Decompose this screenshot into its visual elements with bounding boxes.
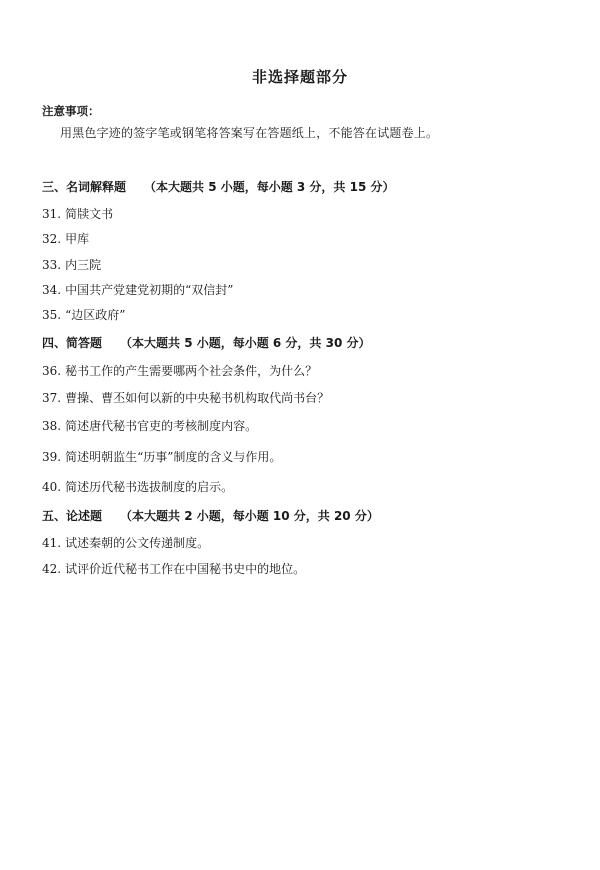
- section-heading-essay: 五、论述题（本大题共 2 小题，每小题 10 分，共 20 分）: [42, 507, 379, 524]
- question-item: 40.简述历代秘书选拔制度的启示。: [42, 478, 233, 495]
- notice-heading: 注意事项：: [42, 103, 100, 119]
- question-number: 38.: [42, 419, 61, 433]
- question-text: 试述秦朝的公文传递制度。: [65, 536, 209, 550]
- question-text: 简述明朝监生“历事”制度的含义与作用。: [65, 450, 281, 464]
- notice-body: 用黑色字迹的签字笔或钢笔将答案写在答题纸上，不能答在试题卷上。: [60, 124, 438, 141]
- question-text: “边区政府”: [65, 308, 125, 322]
- question-text: 曹操、曹丕如何以新的中央秘书机构取代尚书台？: [65, 391, 329, 405]
- question-number: 41.: [42, 536, 61, 550]
- question-text: 中国共产党建党初期的“双信封”: [65, 283, 233, 297]
- question-text: 简牍文书: [65, 207, 113, 221]
- question-item: 33.内三院: [42, 256, 101, 273]
- question-item: 35.“边区政府”: [42, 306, 125, 323]
- question-item: 31.简牍文书: [42, 205, 113, 222]
- question-number: 42.: [42, 562, 61, 576]
- page-title: 非选择题部分: [0, 66, 600, 87]
- question-number: 35.: [42, 308, 61, 322]
- question-text: 秘书工作的产生需要哪两个社会条件，为什么？: [65, 364, 317, 378]
- section-name: 五、论述题: [42, 507, 102, 524]
- question-number: 34.: [42, 283, 61, 297]
- section-name: 三、名词解释题: [42, 178, 126, 195]
- question-item: 42.试评价近代秘书工作在中国秘书史中的地位。: [42, 560, 305, 577]
- question-item: 39.简述明朝监生“历事”制度的含义与作用。: [42, 448, 281, 465]
- section-info: （本大题共 5 小题，每小题 6 分，共 30 分）: [120, 336, 370, 350]
- question-item: 38.简述唐代秘书官吏的考核制度内容。: [42, 417, 257, 434]
- question-number: 33.: [42, 258, 61, 272]
- question-item: 41.试述秦朝的公文传递制度。: [42, 534, 209, 551]
- question-item: 36.秘书工作的产生需要哪两个社会条件，为什么？: [42, 362, 317, 379]
- question-item: 32.甲库: [42, 230, 89, 247]
- question-number: 39.: [42, 450, 61, 464]
- section-info: （本大题共 5 小题，每小题 3 分，共 15 分）: [144, 180, 394, 194]
- section-name: 四、简答题: [42, 334, 102, 351]
- question-text: 甲库: [65, 232, 89, 246]
- question-item: 37.曹操、曹丕如何以新的中央秘书机构取代尚书台？: [42, 389, 329, 406]
- section-heading-noun-explanation: 三、名词解释题（本大题共 5 小题，每小题 3 分，共 15 分）: [42, 178, 394, 195]
- question-text: 简述历代秘书选拔制度的启示。: [65, 480, 233, 494]
- section-heading-short-answer: 四、简答题（本大题共 5 小题，每小题 6 分，共 30 分）: [42, 334, 370, 351]
- section-info: （本大题共 2 小题，每小题 10 分，共 20 分）: [120, 509, 379, 523]
- question-number: 36.: [42, 364, 61, 378]
- question-number: 40.: [42, 480, 61, 494]
- question-number: 32.: [42, 232, 61, 246]
- question-text: 内三院: [65, 258, 101, 272]
- question-number: 37.: [42, 391, 61, 405]
- exam-page: 非选择题部分 注意事项： 用黑色字迹的签字笔或钢笔将答案写在答题纸上，不能答在试…: [0, 0, 600, 870]
- question-item: 34.中国共产党建党初期的“双信封”: [42, 281, 233, 298]
- question-text: 简述唐代秘书官吏的考核制度内容。: [65, 419, 257, 433]
- question-number: 31.: [42, 207, 61, 221]
- question-text: 试评价近代秘书工作在中国秘书史中的地位。: [65, 562, 305, 576]
